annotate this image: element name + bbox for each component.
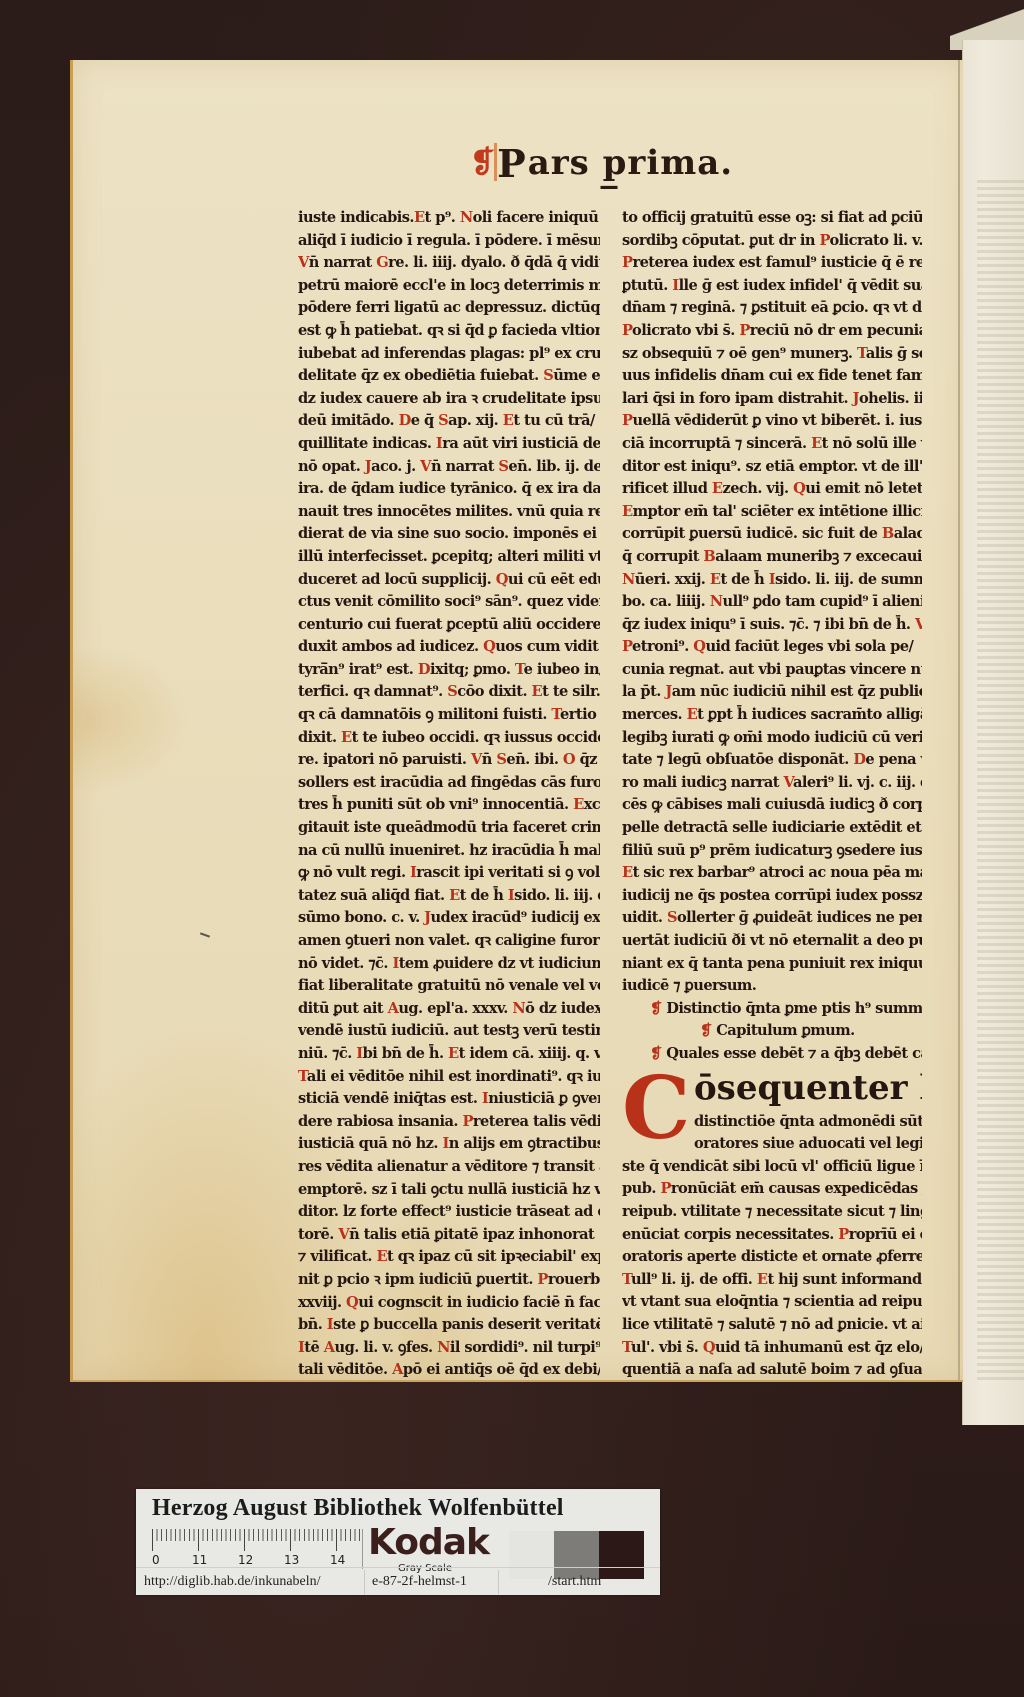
text-line: pub. Pronūciāt em̄ causas expedicēdas ꝑ [622, 1178, 922, 1201]
color-target-card: Herzog August Bibliothek Wolfenbüttel 0 … [136, 1489, 660, 1595]
rubricated-initial: T [515, 661, 524, 678]
text-segment: t hij sunt informandi [767, 1271, 922, 1288]
text-segment: xxviij. [298, 1294, 346, 1311]
text-line: Et sic rex barbar⁹ atroci ac noua pēa ma… [622, 862, 922, 885]
text-segment: re. ipatori nō paruisti. [298, 751, 471, 768]
facing-page [962, 40, 1024, 1425]
text-segment: ūme ei [553, 367, 600, 384]
heading-title: ars p̲rima. [528, 143, 733, 183]
text-segment: lari q̄si in foro ipam distrahit. [622, 390, 853, 407]
text-segment: t te silr. [542, 683, 600, 700]
url-end: /start.htm [548, 1574, 601, 1590]
text-segment: t ꝑpt h̄ iudices sacram̄to alligāt [697, 706, 922, 723]
text-segment: xco [584, 796, 600, 813]
ruler-major-tick [244, 1529, 245, 1551]
rubricated-initial: T [622, 1339, 631, 1356]
rubricated-initial: E [710, 571, 721, 588]
text-segment: cōo dixit. [457, 683, 531, 700]
rubricated-initial: P [622, 254, 632, 271]
text-line: aliq̄d ī iudicio ī regula. ī pōdere. ī m… [298, 230, 600, 253]
text-segment: legibꝫ iurati ꝙ om̄i modo iudiciū cū ver… [622, 729, 922, 746]
text-segment: lice vtilitatē ⁊ salutē ⁊ nō ad ꝑnicie. … [622, 1316, 922, 1333]
text-line: enūciat corpis necessitates. Proprīū ei … [622, 1224, 922, 1247]
text-line: lari q̄si in foro ipam distrahit. Joheli… [622, 388, 922, 411]
text-segment: t nō solū ille vē [822, 435, 922, 452]
text-segment: illū interfecisset. ꝑcepitq; alteri mili… [298, 548, 600, 565]
text-segment: ꝑtutū. [622, 277, 672, 294]
text-segment: ull⁹ li. ij. de offi. [631, 1271, 757, 1288]
rubricated-initial: V [471, 751, 482, 768]
rubricated-initial: N [512, 1000, 525, 1017]
text-segment: sūmo bono. c. v. [298, 909, 424, 926]
text-segment: qꝛ cā damnatōis ꝯ militoni fuisti. [298, 706, 551, 723]
text-segment: ⁊ vilificat. [298, 1248, 376, 1265]
text-segment: t idem cā. xiiij. q. v. [459, 1045, 600, 1062]
text-segment: reciū nō dr em pecunia [750, 322, 922, 339]
text-line: la p̄t. Jam nūc iudiciū nihil est q̄z pu… [622, 681, 922, 704]
text-line: Emptor em̄ tal' sciēter ex intētione ill… [622, 501, 922, 524]
text-segment: re. li. iiij. dyalo. ð q̄dā q̄ vidit [388, 254, 600, 271]
text-line: ira. de q̄dam iudice tyrānico. q̄ ex ira… [298, 478, 600, 501]
text-segment: dixit. [298, 729, 341, 746]
text-segment: uellā vēdiderūt ꝑ vino vt biberēt. i. iu… [632, 412, 922, 429]
text-segment: lle ḡ est iudex infidel' q̄ vēdit suaz [679, 277, 922, 294]
text-segment: alis ḡ ser/ [866, 345, 922, 362]
pilcrow-icon: ❡ [650, 1000, 662, 1017]
text-segment: aco. j. [371, 458, 420, 475]
rubricated-initial: N [710, 593, 723, 610]
text-segment: roprīū ei est [849, 1226, 922, 1243]
text-segment: etroni⁹. [632, 638, 693, 655]
text-segment: enūciat corpis necessitates. [622, 1226, 838, 1243]
text-segment: duceret ad locū supplicij. [298, 571, 496, 588]
text-line: fiat liberalitate gratuitū nō venale vel… [298, 975, 600, 998]
text-line: uidit. Sollerter ḡ ꝓuideāt iudices ne pe… [622, 907, 922, 930]
text-segment: sticiā vendē iniq̄tas est. [298, 1090, 482, 1107]
text-segment: alach [894, 525, 922, 542]
text-line: ꝑtutū. Ille ḡ est iudex infidel' q̄ vēdi… [622, 275, 922, 298]
text-line: Tali ei vēditōe nihil est inordinati⁹. q… [298, 1066, 600, 1089]
text-segment: dierat de via sine suo socio. imponēs ei… [298, 525, 600, 542]
text-line: dere rabiosa insania. Preterea talis vēd… [298, 1111, 600, 1134]
text-segment: mptor em̄ tal' sciēter ex intētione illi… [633, 503, 922, 520]
text-segment: est ꝙ h̄ patiebat. qꝛ si q̄d ꝑ facieda v… [298, 322, 600, 339]
text-segment: n alijs em ꝯtractibus [449, 1135, 600, 1152]
text-segment: amen ꝯtueri non valet. qꝛ caligine furor… [298, 932, 600, 949]
text-segment: petrū maiorē eccl'e in locꝫ deterrimis m… [298, 277, 600, 294]
text-segment: la p̄t. [622, 683, 665, 700]
text-line: uertāt iudiciū ði vt nō eternalit a deo … [622, 930, 922, 953]
text-segment: quillitate indicas. [298, 435, 436, 452]
rubricated-initial: E [712, 480, 723, 497]
text-line: to officij gratuitū esse oꝫ: si fiat ad … [622, 207, 922, 230]
text-line: sticiā vendē iniq̄tas est. Iniusticiā ꝑ … [298, 1088, 600, 1111]
text-line: xxviij. Qui cognscit in iudicio faciē n̄… [298, 1292, 600, 1315]
text-segment: ui cognscit in iudicio faciē n̄ facit [358, 1294, 600, 1311]
rubricated-initial: E [811, 435, 822, 452]
rubricated-initial: P [838, 1226, 848, 1243]
text-segment: tē [304, 1339, 323, 1356]
text-segment: to officij gratuitū esse oꝫ: si fiat ad … [622, 209, 922, 226]
text-line: sordibꝫ cōputat. ꝑut dr in Policrato li.… [622, 230, 922, 253]
text-segment: ꝙ nō vult regi. [298, 864, 410, 881]
text-segment: ronūciāt em̄ causas expedicēdas ꝑ [671, 1180, 922, 1197]
text-line: deū imitādo. De q̄ Sap. xij. Et tu cū tr… [298, 410, 600, 433]
rubricated-initial: O [563, 751, 575, 768]
text-segment: n̄ talis etiā ꝑitatē ipaz inhonorat [349, 1226, 594, 1243]
text-segment: ra aūt viri iusticiā dei [442, 435, 600, 452]
text-segment: emptorē. sz ī tali ꝯctu nullā iusticiā h… [298, 1181, 600, 1198]
rubricated-initial: E [687, 706, 698, 723]
text-segment: ste q̄ vendicāt sibi locū vl' officiū li… [622, 1158, 922, 1175]
page-gutter [958, 60, 960, 1380]
pilcrow-icon: ❡ [700, 1022, 712, 1039]
text-segment: ō dz iudex [525, 1000, 600, 1017]
text-line: qꝛ cā damnatōis ꝯ militoni fuisti. Terti… [298, 704, 600, 727]
right-column-body: to officij gratuitū esse oꝫ: si fiat ad … [622, 207, 922, 998]
text-segment: deū imitādo. [298, 412, 399, 429]
rubricated-initial: S [496, 751, 506, 768]
text-line: quentiā a naſa ad salutē boim ⁊ ad ꝯſua/ [622, 1359, 922, 1382]
text-line: tate ⁊ legū obſuatōe disponāt. De pena v… [622, 749, 922, 772]
text-segment: aleri⁹ li. vj. c. iij. di/ [793, 774, 922, 791]
rubricated-initial: E [448, 1045, 459, 1062]
text-segment: uus infidelis dn̄am cui ex fide tenet fa… [622, 367, 922, 384]
rubricated-initial: G [376, 254, 388, 271]
text-segment: sido. li. iij. de [514, 887, 600, 904]
text-line: ⁊ vilificat. Et qꝛ ipaz cū sit ipꝛeciabi… [298, 1246, 600, 1269]
text-line: nit ꝑ pcio ꝛ ipm iudiciū ꝑuertit. Prouer… [298, 1269, 600, 1292]
ruler-ticks [152, 1529, 360, 1541]
rubricated-initial: Q [693, 638, 705, 655]
text-line: Tul'. vbi s̄. Quid tā inhumanū est q̄z e… [622, 1337, 922, 1360]
text-segment: pub. [622, 1180, 660, 1197]
kodak-logo: Kodak [368, 1523, 489, 1563]
text-line: na cū nullū inueniret. hz iracūdia h̄ ma… [298, 840, 600, 863]
text-segment: reipub. vtilitate ⁊ necessitate sicut ⁊ … [622, 1203, 922, 1220]
rubricated-initial: S [667, 909, 677, 926]
rubricated-initial: P [622, 412, 632, 429]
rubricated-initial: E [449, 887, 460, 904]
text-segment: na cū nullū inueniret. hz iracūdia h̄ ma… [298, 842, 600, 859]
rubricated-initial: T [298, 1068, 307, 1085]
rubricated-initial: V [298, 254, 309, 271]
text-segment: niusticiā ꝑ ꝯven/ [488, 1090, 600, 1107]
right-column-continuation: ste q̄ vendicāt sibi locū vl' officiū li… [622, 1156, 922, 1382]
text-segment: aliq̄d ī iudicio ī regula. ī pōdere. ī m… [298, 232, 600, 249]
text-segment: ditor. lz forte effect⁹ iusticie trāseat… [298, 1203, 600, 1220]
text-line: lice vtilitatē ⁊ salutē ⁊ nō ad ꝑnicie. … [622, 1314, 922, 1337]
text-line: vendē iustū iudiciū. aut testꝫ verū test… [298, 1020, 600, 1043]
text-segment: uidit. [622, 909, 667, 926]
text-segment: t te iubeo occidi. qꝛ iussus occide/ [352, 729, 600, 746]
text-segment: e pena ve [865, 751, 922, 768]
text-segment: duxit ambos ad iudicez. [298, 638, 483, 655]
text-line: dixit. Et te iubeo occidi. qꝛ iussus occ… [298, 727, 600, 750]
rubricated-initial: E [622, 503, 633, 520]
text-line: ditor. lz forte effect⁹ iusticie trāseat… [298, 1201, 600, 1224]
text-segment: il sordidi⁹. nil turpi⁹ [450, 1339, 600, 1356]
text-line: tali vēditōe. Apō ei antiq̄s oē q̄d ex d… [298, 1359, 600, 1382]
text-line: ꝙ nō vult regi. Irascit ipi veritati si … [298, 862, 600, 885]
rubricated-initial: D [853, 751, 865, 768]
rubricated-initial: B [703, 548, 715, 565]
text-line: ste q̄ vendicāt sibi locū vl' officiū li… [622, 1156, 922, 1179]
text-segment: bn̄. [298, 1316, 327, 1333]
text-line: uus infidelis dn̄am cui ex fide tenet fa… [622, 365, 922, 388]
text-line: legibꝫ iurati ꝙ om̄i modo iudiciū cū ver… [622, 727, 922, 750]
text-segment: ūeri. xxij. [635, 571, 710, 588]
text-line: dierat de via sine suo socio. imponēs ei… [298, 523, 600, 546]
text-segment: bo. ca. liiij. [622, 593, 710, 610]
text-segment: corrūpit ꝑuersū iudicē. sic fuit de [622, 525, 882, 542]
text-line: iubebat ad inferendas plagas: pl⁹ ex cru… [298, 343, 600, 366]
rubricated-initial: P [462, 1113, 472, 1130]
text-line: emptorē. sz ī tali ꝯctu nullā iusticiā h… [298, 1179, 600, 1202]
rubricated-initial: A [324, 1339, 335, 1356]
text-segment: udex iracūd⁹ iudicij ex/ [431, 909, 601, 926]
text-line: terfici. qꝛ damnat⁹. Scōo dixit. Et te s… [298, 681, 600, 704]
text-segment: t sic rex barbar⁹ atroci ac noua pēa mal… [633, 864, 922, 881]
text-line: torē. Vn̄ talis etiā ꝑitatē ipaz inhonor… [298, 1224, 600, 1247]
rubricated-initial: P [660, 1180, 670, 1197]
text-line: Vn̄ narrat Gre. li. iiij. dyalo. ð q̄dā … [298, 252, 600, 275]
text-line: filiū suū p⁹ prēm iudicaturꝫ ꝯsedere ius… [622, 840, 922, 863]
text-segment: ro mali iudicꝫ narrat [622, 774, 784, 791]
text-line: illū interfecisset. ꝑcepitq; alteri mili… [298, 546, 600, 569]
ruler-major-tick [152, 1529, 153, 1551]
text-line: nō opat. Jaco. j. Vn̄ narrat Sen̄. lib. … [298, 456, 600, 479]
text-segment: niū. ⁊c̄. [298, 1045, 356, 1062]
text-segment: oli facere iniquū [473, 209, 599, 226]
ruler-major-tick [198, 1529, 199, 1551]
text-segment: q̄z [575, 751, 597, 768]
text-line: ctus venit cōmilito soci⁹ sān⁹. quez vi… [298, 591, 600, 614]
text-line: q̄z iudex iniqu⁹ ī suis. ⁊c̄. ⁊ ibi bn̄ … [622, 614, 922, 637]
text-segment: t qꝛ ipaz cū sit ipꝛeciabil' expo [387, 1248, 600, 1265]
text-segment: vt vtant sua eloq̄ntia ⁊ scientia ad rei… [622, 1293, 922, 1310]
text-segment: nit ꝑ pcio ꝛ ipm iudiciū ꝑuertit. [298, 1271, 537, 1288]
text-segment: ste ꝑ buccella panis deserit veritatē. [333, 1316, 600, 1333]
url-row: http://diglib.hab.de/inkunabeln/ e-87-2f… [136, 1567, 660, 1596]
text-segment: pō ei antiq̄s oē q̄d ex debi/ [403, 1361, 600, 1378]
text-line: duxit ambos ad iudicez. Quos cum vidit [298, 636, 600, 659]
text-line: quillitate indicas. Ira aūt viri iustici… [298, 433, 600, 456]
text-segment: ctus venit cōmilito soci⁹ sān⁹. quez vi… [298, 593, 600, 610]
text-line: cēs ꝙ cābises mali cuiusdā iudicꝫ ð corp… [622, 794, 922, 817]
text-segment: tyrā̄n⁹ irat⁹ est. [298, 661, 418, 678]
rubricated-initial: Q [496, 571, 508, 588]
rubricated-initial: D [399, 412, 411, 429]
text-segment: ditū ꝑut ait [298, 1000, 388, 1017]
rubricated-initial: B [882, 525, 894, 542]
text-segment: ui cū eēt edu/ [508, 571, 600, 588]
text-line: q̄ corrupit Balaam muneribꝫ ⁊ excecauit. [622, 546, 922, 569]
text-line: pōdere ferri ligatū ac depressuz. dictūq… [298, 297, 600, 320]
text-segment: nauit tres innocētes milites. vnū quia r… [298, 503, 600, 520]
ruler-scale: 0 11 12 13 14 [152, 1529, 363, 1569]
rubricated-initial: T [551, 706, 560, 723]
text-segment: en̄. ibi. [506, 751, 563, 768]
rubricated-initial: S [543, 367, 553, 384]
text-segment: tres h̄ puniti sūt ob vni⁹ innocentiā. [298, 796, 573, 813]
text-segment: q̄z iudex iniqu⁹ ī suis. ⁊c̄. ⁊ ibi bn̄ … [622, 616, 915, 633]
text-line: Puellā vēdiderūt ꝑ vino vt biberēt. i. i… [622, 410, 922, 433]
text-segment: e iubeo in/ [524, 661, 600, 678]
text-line: reipub. vtilitate ⁊ necessitate sicut ⁊ … [622, 1201, 922, 1224]
text-segment: sz obsequiū ⁊ oē gen⁹ munerꝫ. [622, 345, 857, 362]
rubricated-initial: E [573, 796, 584, 813]
text-segment: t de h̄ [460, 887, 508, 904]
text-segment: n̄ [482, 751, 497, 768]
text-line: tyrā̄n⁹ irat⁹ est. Dixitq; ꝑmo. Te iubeo… [298, 659, 600, 682]
text-segment: ohelis. iij. [859, 390, 922, 407]
text-segment: delitate q̄z ex obediētia fuiebat. [298, 367, 543, 384]
text-segment: iubebat ad inferendas plagas: pl⁹ ex cru… [298, 345, 600, 362]
text-segment: olicrato li. v. [829, 232, 922, 249]
text-segment: vendē iustū iudiciū. aut testꝫ verū test… [298, 1022, 600, 1039]
text-segment: rouerb. [548, 1271, 600, 1288]
text-segment: reterea talis vēdit [473, 1113, 600, 1130]
rubricated-initial: V [338, 1226, 349, 1243]
text-line: res vēdita alienatur a vēditore ⁊ transi… [298, 1156, 600, 1179]
text-segment: torē. [298, 1226, 338, 1243]
url-id: e-87-2f-helmst-1 [372, 1574, 467, 1590]
text-segment: cēs ꝙ cābises mali cuiusdā iudicꝫ ð corp… [622, 796, 922, 813]
text-segment: uos cum vidit [495, 638, 598, 655]
drop-cap-initial: C [622, 1066, 692, 1156]
text-line: iuste indicabis.Et p⁹. Noli facere iniqu… [298, 207, 600, 230]
rubricated-initial: P [622, 322, 632, 339]
text-line: amen ꝯtueri non valet. qꝛ caligine furor… [298, 930, 600, 953]
text-segment: ollerter ḡ ꝓuideāt iudices ne per/ [677, 909, 922, 926]
text-segment: tali vēditōe. [298, 1361, 392, 1378]
rubricated-initial: P [622, 638, 632, 655]
text-line: ro mali iudicꝫ narrat Valeri⁹ li. vj. c.… [622, 772, 922, 795]
text-line: nauit tres innocētes milites. vnū quia r… [298, 501, 600, 524]
text-segment: ull⁹ ꝑdo tam cupid⁹ ī alienis [723, 593, 922, 610]
rubric-distinctio: ❡ Distinctio q̄nta ꝑme ptis h⁹ summe. [622, 998, 922, 1021]
rubricated-initial: A [392, 1361, 403, 1378]
text-segment: t de h̄ [720, 571, 768, 588]
text-segment: nō opat. [298, 458, 365, 475]
text-line: est ꝙ h̄ patiebat. qꝛ si q̄d ꝑ facieda v… [298, 320, 600, 343]
ruler-major-tick [336, 1529, 337, 1551]
rubricated-initial: E [757, 1271, 768, 1288]
text-segment: q̄ corrupit [622, 548, 703, 565]
rubricated-initial: Q [703, 1339, 715, 1356]
rubricated-initial: T [622, 1271, 631, 1288]
text-line: sz obsequiū ⁊ oē gen⁹ munerꝫ. Talis ḡ se… [622, 343, 922, 366]
rubricated-initial: V [420, 458, 431, 475]
text-line: bn̄. Iste ꝑ buccella panis deserit verit… [298, 1314, 600, 1337]
text-line: Itē Aug. li. v. ꝯfes. Nil sordidi⁹. nil … [298, 1337, 600, 1360]
rubricated-initial: S [438, 412, 448, 429]
text-segment: res vēdita alienatur a vēditore ⁊ transi… [298, 1158, 600, 1175]
rubricated-initial: E [414, 209, 425, 226]
rubricated-initial: E [341, 729, 352, 746]
text-line: cunia regnat. aut vbi pauꝑtas vincere nu… [622, 659, 922, 682]
text-segment: tate ⁊ legū obſuatōe disponāt. [622, 751, 853, 768]
text-line: Petroni⁹. Quid faciūt leges vbi sola pe/ [622, 636, 922, 659]
text-line: vt vtant sua eloq̄ntia ⁊ scientia ad rei… [622, 1291, 922, 1314]
text-segment: niant ex q̄ tanta pena puniuit rex iniqu… [622, 955, 922, 972]
text-segment: am nūc iudiciū nihil est q̄z publica [672, 683, 922, 700]
text-line: dz iudex cauere ab ira ꝛ crudelitate ips… [298, 388, 600, 411]
rubricated-initial: E [503, 412, 514, 429]
text-segment: reterea iudex est famul⁹ iusticie q̄ ē r… [632, 254, 922, 271]
rubricated-initial: Q [793, 480, 805, 497]
text-segment: gitauit iste queādmodū tria faceret crim… [298, 819, 600, 836]
text-segment: t p⁹. [425, 209, 460, 226]
text-segment: ali ei vēditōe nihil est inordinati⁹. qꝛ… [307, 1068, 600, 1085]
text-line: iudicē ⁊ ꝑuersum. [622, 975, 922, 998]
text-segment: nō videt. ⁊c̄. [298, 955, 392, 972]
text-line: niant ex q̄ tanta pena puniuit rex iniqu… [622, 953, 922, 976]
rubricated-initial: T [857, 345, 866, 362]
text-segment: sollers est iracūdia ad fingēdas cās fur… [298, 774, 600, 791]
rubricated-initial: N [460, 209, 473, 226]
text-line: Nūeri. xxij. Et de h̄ Isido. li. iij. de… [622, 569, 922, 592]
text-line: bo. ca. liiij. Null⁹ ꝑdo tam cupid⁹ ī al… [622, 591, 922, 614]
text-segment: filiū suū p⁹ prēm iudicaturꝫ ꝯsedere ius… [622, 842, 922, 859]
text-segment: olicrato vbi s̄. [632, 322, 739, 339]
text-segment: iuste indicabis. [298, 209, 414, 226]
text-segment: tem ꝓuidere dz vt iudicium [399, 955, 600, 972]
text-segment: rificet illud [622, 480, 712, 497]
text-column-left: iuste indicabis.Et p⁹. Noli facere iniqu… [298, 207, 600, 1382]
rubricated-initial: E [376, 1248, 387, 1265]
text-segment: terfici. qꝛ damnat⁹. [298, 683, 447, 700]
text-line: Preterea iudex est famul⁹ iusticie q̄ ē … [622, 252, 922, 275]
rubricated-initial: Q [483, 638, 495, 655]
text-line: ditū ꝑut ait Aug. epl'a. xxxv. Nō dz iud… [298, 998, 600, 1021]
text-segment: iudicē ⁊ ꝑuersum. [622, 977, 756, 994]
text-line: duceret ad locū supplicij. Qui cū eēt ed… [298, 569, 600, 592]
text-segment: rascit ipi veritati si ꝯ volū [416, 864, 600, 881]
text-segment: sido. li. iij. de summo [775, 571, 922, 588]
text-line: niū. ⁊c̄. Ibi bn̄ de h̄. Et idem cā. xii… [298, 1043, 600, 1066]
rubricated-initial: S [447, 683, 457, 700]
rubric-capitulum: ❡ Capitulum ꝑmum. [622, 1020, 922, 1043]
text-segment: ira. de q̄dam iudice tyrānico. q̄ ex ira… [298, 480, 600, 497]
text-segment: zech. vij. [722, 480, 793, 497]
text-line: centurio cui fuerat ꝑceptū aliū occidere… [298, 614, 600, 637]
text-segment: iusticiā quā nō hz. [298, 1135, 442, 1152]
text-segment: ug. li. v. ꝯfes. [335, 1339, 438, 1356]
text-segment: alaam muneribꝫ ⁊ excecauit. [715, 548, 922, 565]
text-segment: en̄. lib. ij. de [508, 458, 600, 475]
text-segment: oratoris aperte disticte et ornate ꝓferr… [622, 1248, 922, 1265]
chapter-opening: C ōsequenter hac distinctiōe q̄nta admon… [622, 1066, 922, 1156]
text-segment: centurio cui fuerat ꝑceptū aliū occidere… [298, 616, 600, 633]
text-segment: uid faciūt leges vbi sola pe/ [705, 638, 913, 655]
text-line: sollers est iracūdia ad fingēdas cās fur… [298, 772, 600, 795]
text-segment: tatez suā aliq̄d fiat. [298, 887, 449, 904]
text-segment: e q̄ [411, 412, 438, 429]
rubricated-initial: E [532, 683, 543, 700]
text-line: sūmo bono. c. v. Judex iracūd⁹ iudicij e… [298, 907, 600, 930]
text-line: petrū maiorē eccl'e in locꝫ deterrimis m… [298, 275, 600, 298]
text-line: iudicij ne q̄s postea corrūpi iudex poss… [622, 885, 922, 908]
text-segment: dz iudex cauere ab ira ꝛ crudelitate ips… [298, 390, 600, 407]
text-line: ciā incorruptā ⁊ sincerā. Et nō solū ill… [622, 433, 922, 456]
text-line: dn̄am ⁊ reginā. ⁊ ꝑstituit eā ꝑcio. qꝛ v… [622, 297, 922, 320]
text-segment: ditor est iniqu⁹. sz etiā emptor. vt de … [622, 458, 922, 475]
text-segment: cunia regnat. aut vbi pauꝑtas vincere nu… [622, 661, 922, 678]
rubricated-initial: S [498, 458, 508, 475]
rubricated-initial: A [388, 1000, 399, 1017]
